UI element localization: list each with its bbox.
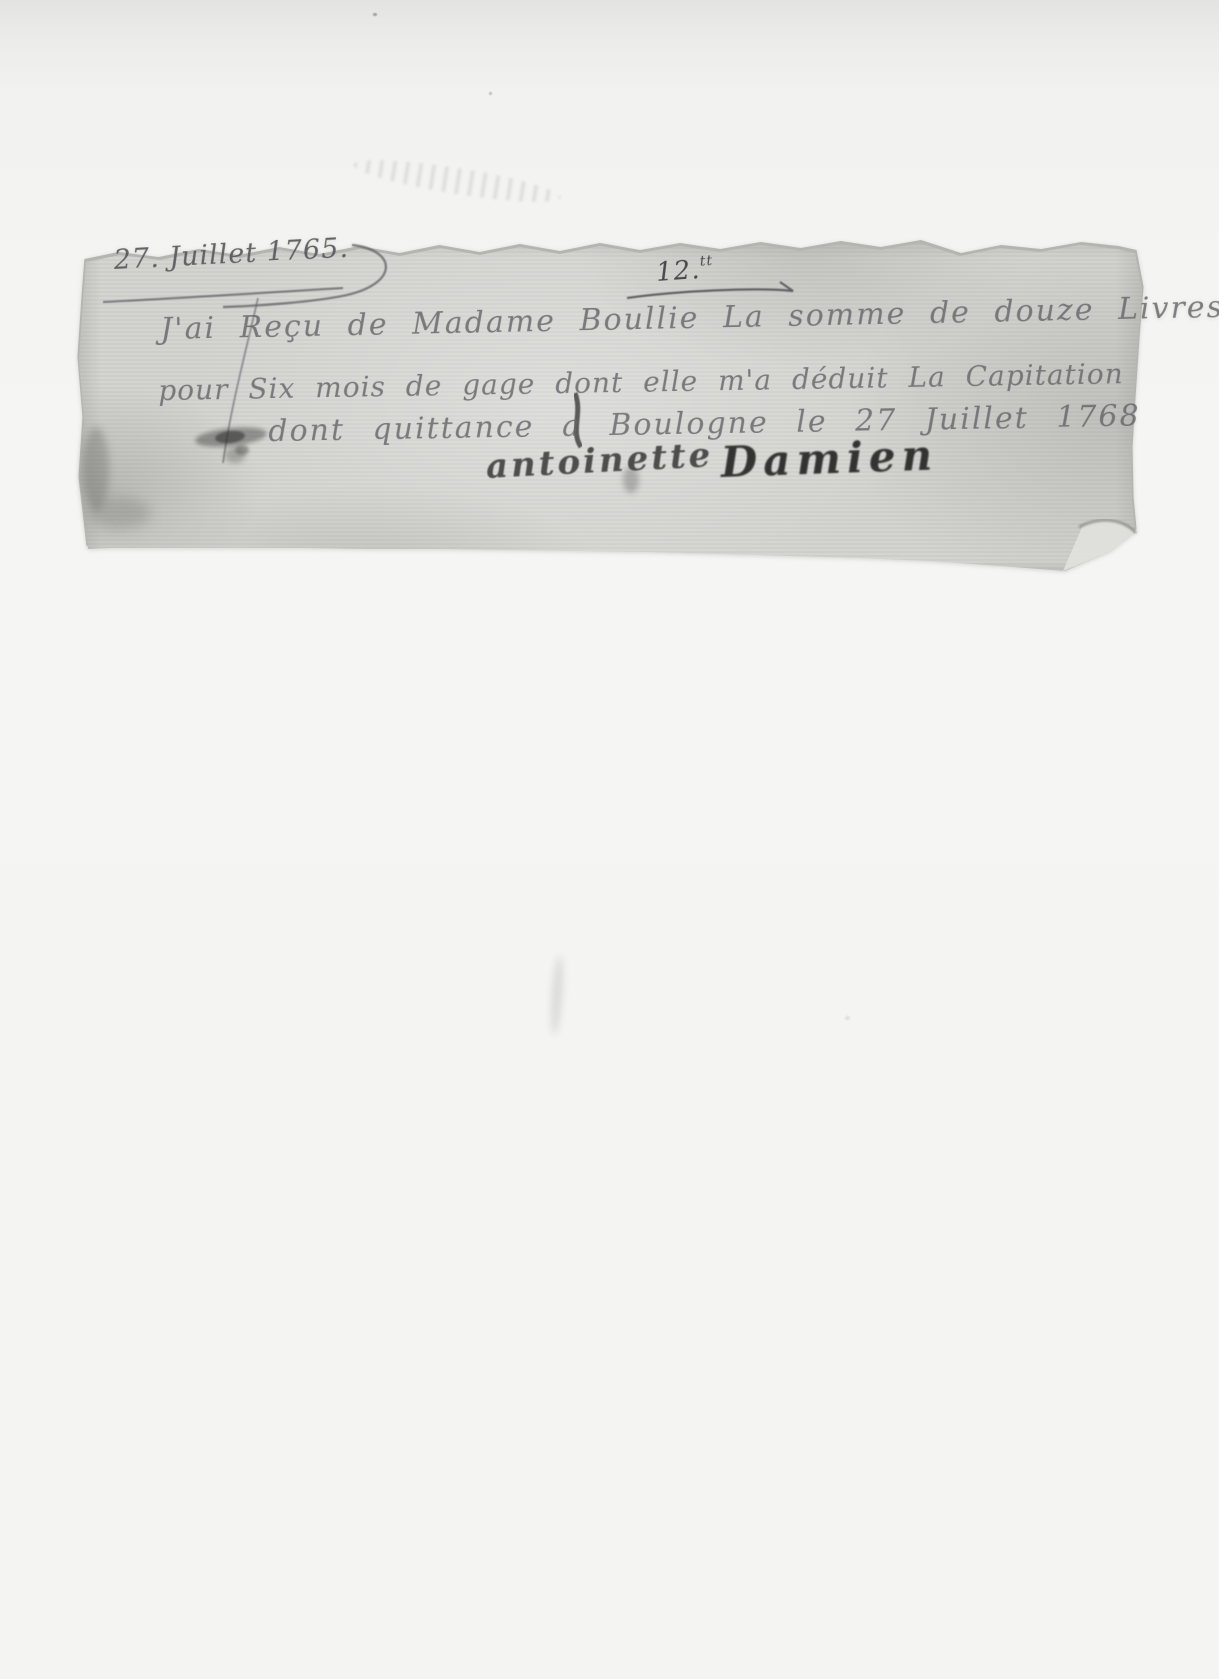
background-smudge: [549, 955, 565, 1036]
dust-speck: [489, 92, 492, 95]
paper-stain: [89, 497, 151, 529]
scanned-page: 27. Juillet 1765. 12.tt J'ai Reçu de Mad…: [0, 0, 1219, 1679]
amount-annotation: 12.tt: [655, 253, 715, 288]
dust-speck: [845, 1016, 850, 1020]
paper-stain: [225, 447, 245, 463]
paper-stain: [623, 467, 639, 493]
dust-speck: [373, 13, 377, 16]
ink-offset-smudge: [351, 152, 562, 211]
receipt-paper: 27. Juillet 1765. 12.tt J'ai Reçu de Mad…: [75, 235, 1145, 575]
signature-surname: Damien: [720, 430, 939, 487]
amount-unit: tt: [699, 253, 713, 270]
amount-value: 12.: [655, 255, 701, 288]
